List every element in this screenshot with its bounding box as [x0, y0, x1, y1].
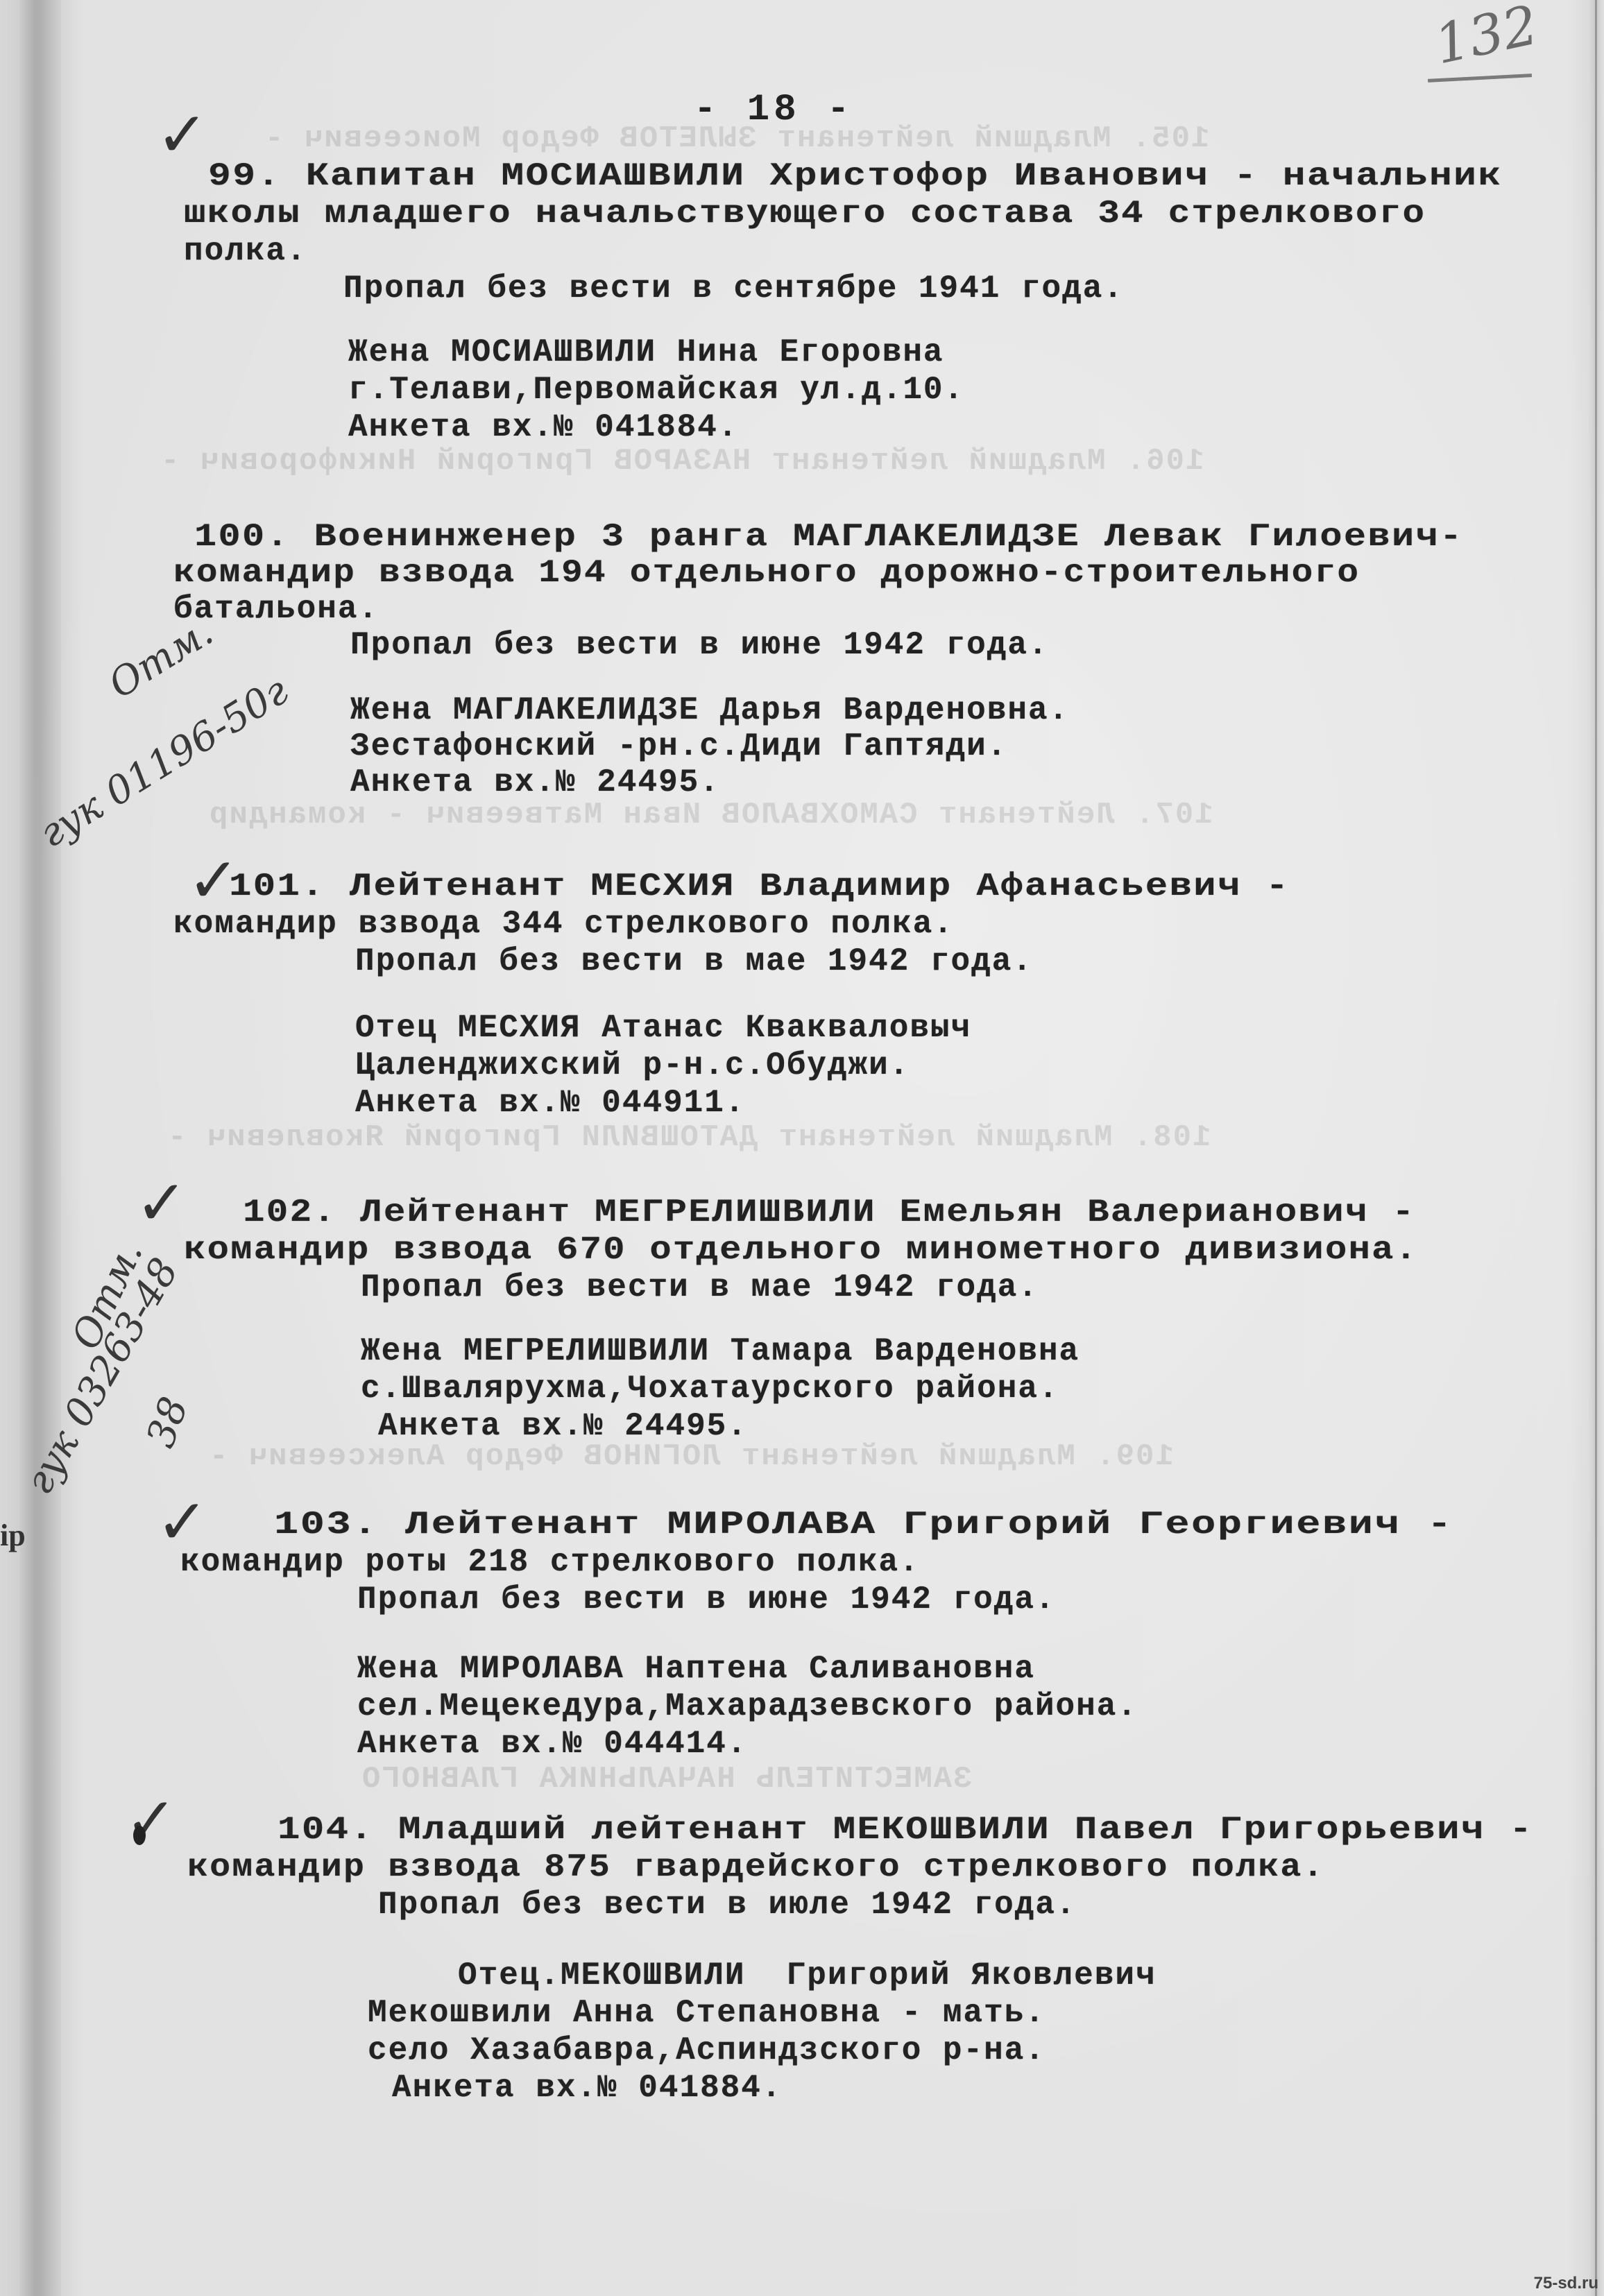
relative-address: г.Телави,Первомайская ул.д.10. [348, 372, 964, 408]
bleed-through-text: 107. Лейтенант САМОХВАЛОВ Иван Матвеевич… [208, 798, 1213, 832]
entry-heading: 103. Лейтенант МИРОЛАВА Григорий Георгие… [274, 1507, 1453, 1543]
site-watermark: 75-sd.ru [1534, 2274, 1598, 2293]
entry-text: командир роты 218 стрелкового полка. [180, 1544, 920, 1580]
entry-heading: 101. Лейтенант МЕСХИЯ Владимир Афанасьев… [229, 868, 1290, 905]
entry-text: командир взвода 875 гвардейского стрелко… [187, 1849, 1325, 1885]
entry-text: командир взвода 344 стрелкового полка. [173, 906, 954, 942]
checkmark-icon: ✓ [156, 104, 208, 166]
entry-text: полка. [184, 233, 307, 269]
missing-status: Пропал без вести в июне 1942 года. [357, 1582, 1056, 1618]
missing-status: Пропал без вести в июне 1942 года. [350, 627, 1049, 663]
folio-number-handwritten: 132 [1429, 0, 1543, 76]
checkmark-icon: ✓ [125, 1790, 177, 1852]
relative-name: Жена МОСИАШВИЛИ Нина Егоровна [348, 334, 944, 370]
handwritten-annotation: 38 [138, 1391, 197, 1453]
missing-status: Пропал без вести в мае 1942 года. [355, 943, 1033, 979]
relative-name: Жена МЕГРЕЛИШВИЛИ Тамара Варденовна [361, 1333, 1080, 1369]
bleed-through-text: ЗАМЕСТИТЕЛЬ НАЧАЛЬНИКА ГЛАВНОГО [361, 1762, 972, 1797]
relative-name: Мекошвили Анна Степановна - мать. [368, 1995, 1046, 2031]
missing-status: Пропал без вести в июле 1942 года. [378, 1887, 1077, 1923]
entry-heading: 102. Лейтенант МЕГРЕЛИШВИЛИ Емельян Вале… [243, 1194, 1415, 1231]
relative-name: Отец.МЕКОШВИЛИ Григорий Яковлевич [458, 1957, 1157, 1994]
entry-text: командир взвода 194 отдельного дорожно-с… [173, 555, 1360, 591]
missing-status: Пропал без вести в мае 1942 года. [361, 1269, 1039, 1305]
questionnaire-number: Анкета вх.№ 044911. [355, 1085, 746, 1121]
page-number: - 18 - [694, 89, 853, 131]
bleed-through-text: 108. Младший лейтенант ДАТОШВИЛИ Григори… [167, 1120, 1211, 1155]
relative-name: Жена МИРОЛАВА Наптена Саливановна [357, 1651, 1035, 1687]
relative-address: сел.Мецекедура,Махарадзевского района. [357, 1688, 1138, 1724]
relative-address: с.Швалярухма,Чохатаурского района. [361, 1371, 1059, 1407]
bullet-mark [133, 1826, 146, 1845]
relative-address: Зестафонский -рн.с.Диди Гаптяди. [350, 728, 1007, 764]
bleed-through-text: 109. Младший лейтенант ЛОГИНОВ Федор Але… [208, 1439, 1174, 1474]
relative-address: Цаленджихский р-н.с.Обуджи. [355, 1047, 910, 1083]
adjacent-page-fragment: ip [0, 1518, 26, 1553]
entry-heading: 100. Военинженер 3 ранга МАГЛАКЕЛИДЗЕ Ле… [194, 519, 1464, 555]
bleed-through-text: 106. Младший лейтенант НАЗАРОВ Григорий … [160, 444, 1204, 479]
entry-heading: 99. Капитан МОСИАШВИЛИ Христофор Иванови… [208, 158, 1503, 194]
questionnaire-number: Анкета вх.№ 24495. [350, 764, 720, 800]
relative-name: Отец МЕСХИЯ Атанас Квакваловыч [355, 1010, 971, 1046]
missing-status: Пропал без вести в сентябре 1941 года. [343, 271, 1124, 307]
entry-heading: 104. Младший лейтенант МЕКОШВИЛИ Павел Г… [278, 1812, 1533, 1848]
page-edge [1595, 0, 1597, 2296]
entry-text: командир взвода 670 отдельного минометно… [184, 1232, 1418, 1268]
questionnaire-number: Анкета вх.№ 041884. [348, 409, 739, 445]
checkmark-icon: ✓ [135, 1172, 187, 1235]
binding-shadow [19, 0, 61, 2296]
questionnaire-number: Анкета вх.№ 041884. [392, 2070, 783, 2106]
questionnaire-number: Анкета вх.№ 24495. [378, 1408, 748, 1444]
document-page: 105. Младший лейтенант ЗЫЛЕТОВ Федор Мои… [0, 0, 1604, 2296]
handwritten-annotation: Отм. [101, 609, 221, 708]
relative-address: село Хазабавра,Аспиндзского р-на. [368, 2032, 1046, 2068]
relative-name: Жена МАГЛАКЕЛИДЗЕ Дарья Варденовна. [350, 692, 1069, 728]
entry-text: школы младшего начальствующего состава 3… [184, 196, 1426, 232]
questionnaire-number: Анкета вх.№ 044414. [357, 1726, 748, 1762]
